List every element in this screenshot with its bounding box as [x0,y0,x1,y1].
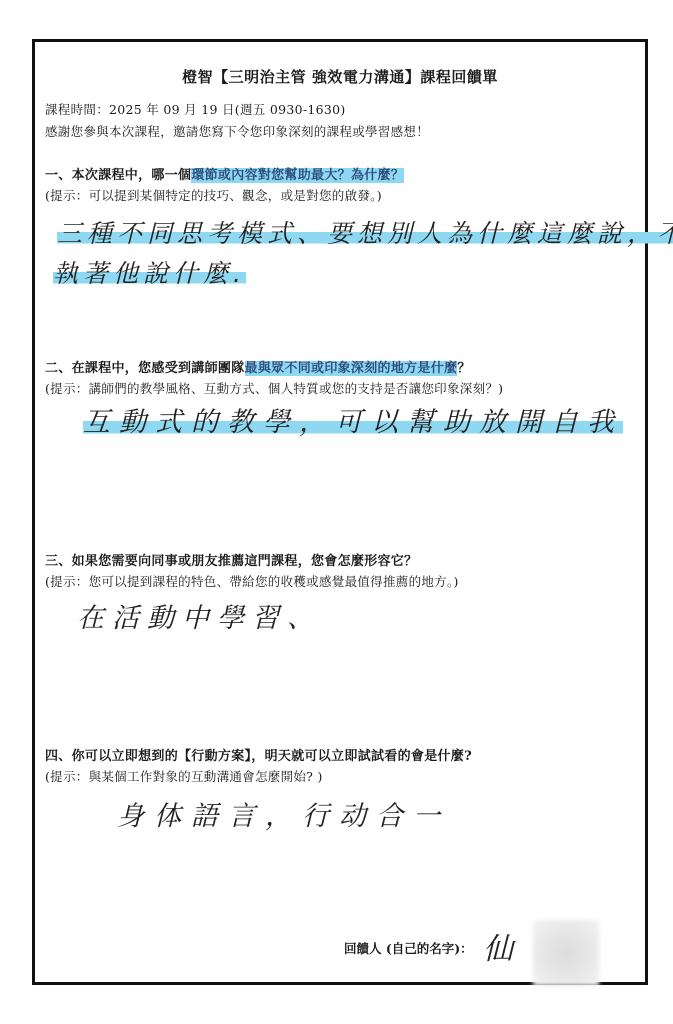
signer-label: 回饋人 (自己的名字)： [344,939,473,957]
question-1-hint: (提示：可以提到某個特定的技巧、觀念，或是對您的啟發。) [45,186,382,204]
question-1-highlight: 環節或內容對您幫助最大？為什麼？ [191,168,404,183]
course-time: 課程時間：2025 年 09 月 19 日(週五 0930-1630) [45,100,346,118]
question-1-prompt: 一、本次課程中，哪一個環節或內容對您幫助最大？為什麼？ [45,164,404,183]
question-2-prompt: 二、在課程中，您感受到講師團隊最與眾不同或印象深刻的地方是什麼？ [45,357,471,376]
question-3-text: 如果您需要向同事或朋友推薦這門課程，您會怎麼形容它？ [72,554,418,569]
question-2-highlight: 最與眾不同或印象深刻的地方是什麼 [245,361,458,376]
question-3-number: 三、 [45,554,72,569]
question-2-suffix: ？ [457,361,470,376]
answer-3-line-1[interactable]: 在活動中學習、 [77,596,322,635]
question-4-hint: (提示：與某個工作對象的互動溝通會怎麼開始? ) [45,767,323,785]
question-3-hint: (提示：您可以提到課程的特色、帶給您的收穫或感覺最值得推薦的地方。) [45,572,459,590]
answer-2-line-1[interactable]: 互動式的教學，可以幫助放開自我 [83,400,623,439]
question-1-text: 本次課程中，哪一個 [72,168,192,183]
form-intro: 感謝您參與本次課程，邀請您寫下令您印象深刻的課程或學習感想！ [45,122,429,140]
question-2-hint: (提示：講師們的教學風格、互動方式、個人特質或您的支持是否讓您印象深刻？) [45,379,503,397]
question-2-number: 二、 [45,361,72,376]
answer-4-line-1[interactable]: 身体語言，行动合一 [117,794,450,833]
question-4-number: 四、 [45,749,72,764]
signature[interactable]: 仙 [483,924,513,968]
answer-1-line-2[interactable]: 執著他說什麼. [53,254,246,290]
question-2-text: 在課程中，您感受到講師團隊 [72,361,245,376]
feedback-form-sheet: 橙智【三明治主管 強效電力溝通】課程回饋單 課程時間：2025 年 09 月 1… [32,39,648,985]
answer-2-line-1-text: 互動式的教學，可以幫助放開自我 [83,407,623,438]
answer-1-line-1-text: 三種不同思考模式、要想別人為什麼這麼說，不要 [57,219,673,248]
redacted-name-blur [533,920,599,986]
question-4-prompt: 四、你可以立即想到的【行動方案】，明天就可以立即試試看的會是什麼? [45,745,472,764]
answer-1-line-1[interactable]: 三種不同思考模式、要想別人為什麼這麼說，不要 [57,214,673,250]
question-1-number: 一、 [45,168,72,183]
form-title: 橙智【三明治主管 強效電力溝通】課程回饋單 [35,66,645,87]
answer-1-line-2-text: 執著他說什麼. [53,259,246,288]
question-3-prompt: 三、如果您需要向同事或朋友推薦這門課程，您會怎麼形容它？ [45,550,417,569]
question-4-text: 你可以立即想到的【行動方案】，明天就可以立即試試看的會是什麼? [72,749,472,764]
